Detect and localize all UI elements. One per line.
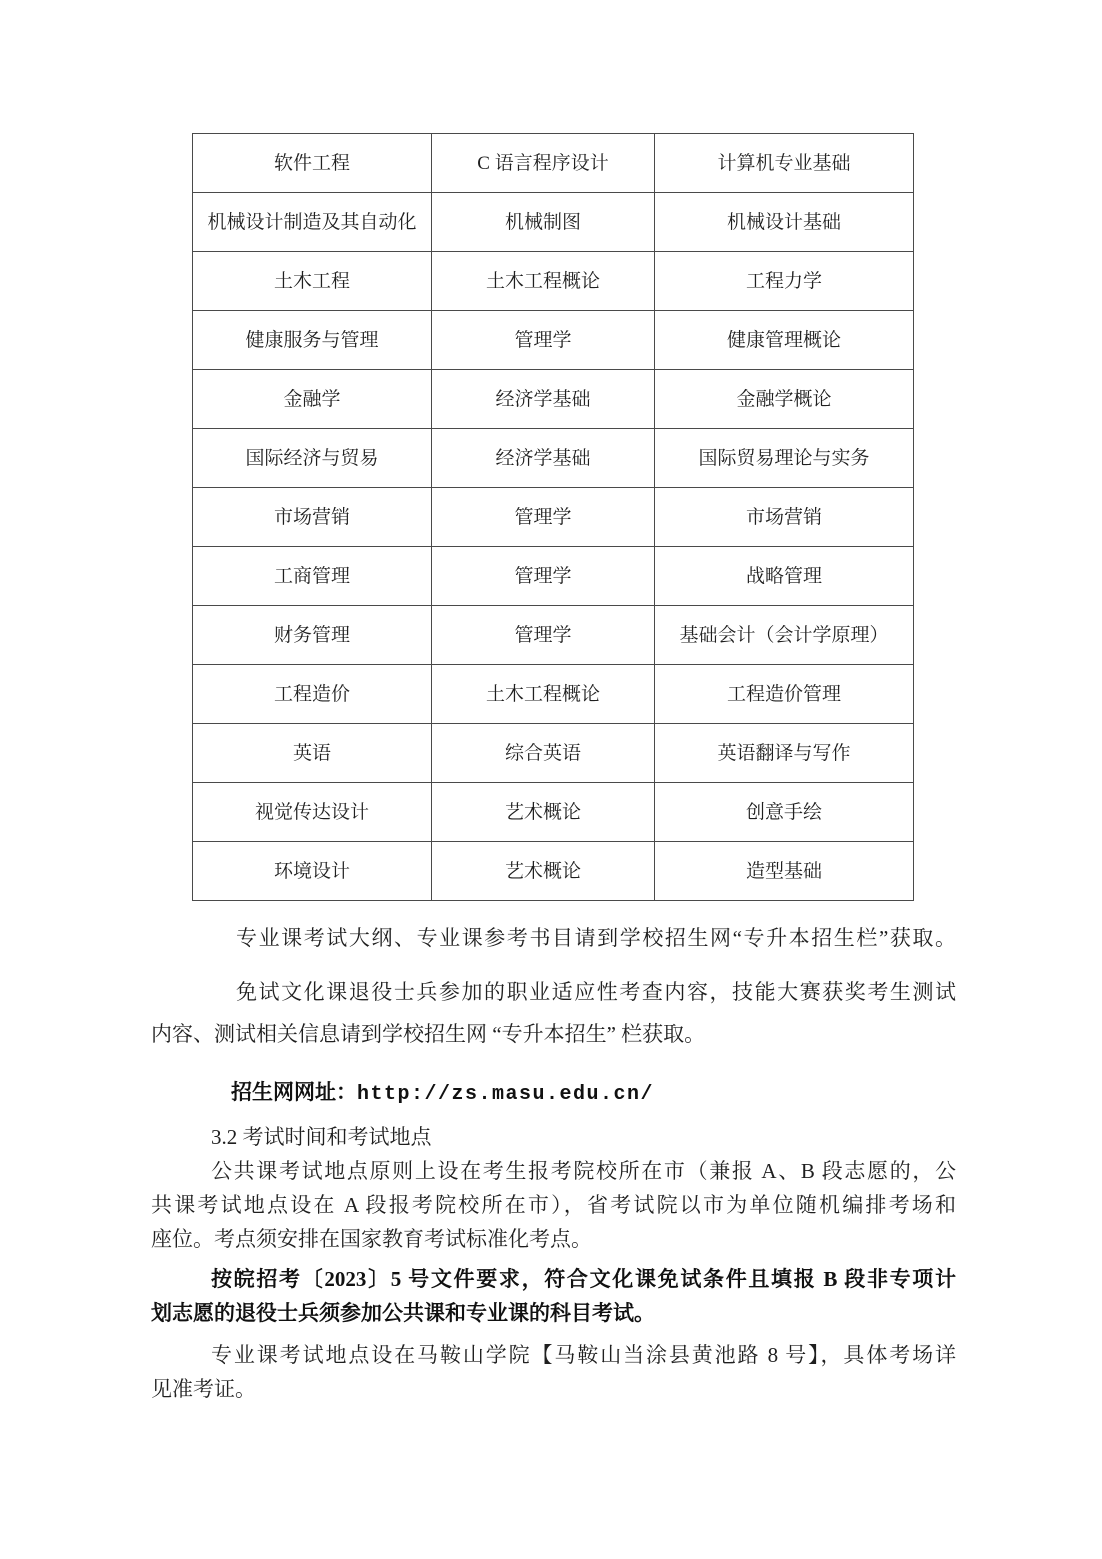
- table-cell-subject1: 综合英语: [432, 724, 655, 783]
- table-cell-major: 工程造价: [193, 665, 432, 724]
- table-cell-subject2: 英语翻译与写作: [655, 724, 914, 783]
- table-cell-subject1: 管理学: [432, 547, 655, 606]
- table-cell-subject1: 经济学基础: [432, 370, 655, 429]
- table-cell-subject2: 造型基础: [655, 842, 914, 901]
- text-line: 按皖招考〔2023〕5 号文件要求，符合文化课免试条件且填报 B 段非专项计: [151, 1262, 956, 1296]
- table-row: 机械设计制造及其自动化 机械制图 机械设计基础: [193, 193, 914, 252]
- text-line: 免试文化课退役士兵参加的职业适应性考查内容，技能大赛获奖考生测试: [151, 971, 956, 1013]
- table-cell-subject1: 土木工程概论: [432, 665, 655, 724]
- table-cell-subject1: 管理学: [432, 488, 655, 547]
- table-cell-subject2: 基础会计（会计学原理）: [655, 606, 914, 665]
- admission-site-label: 招生网网址：: [231, 1080, 357, 1104]
- subjects-table-body: 软件工程 C 语言程序设计 计算机专业基础 机械设计制造及其自动化 机械制图 机…: [193, 134, 914, 901]
- table-cell-major: 工商管理: [193, 547, 432, 606]
- text-line: 划志愿的退役士兵须参加公共课和专业课的科目考试。: [151, 1296, 956, 1330]
- admission-site-line: 招生网网址：http://zs.masu.edu.cn/: [151, 1071, 956, 1116]
- table-row: 健康服务与管理 管理学 健康管理概论: [193, 311, 914, 370]
- text-line: 座位。考点须安排在国家教育考试标准化考点。: [151, 1222, 956, 1256]
- document-page: 软件工程 C 语言程序设计 计算机专业基础 机械设计制造及其自动化 机械制图 机…: [0, 0, 1102, 1559]
- table-cell-major: 环境设计: [193, 842, 432, 901]
- paragraph-policy-requirement: 按皖招考〔2023〕5 号文件要求，符合文化课免试条件且填报 B 段非专项计 划…: [151, 1262, 956, 1330]
- table-cell-subject2: 市场营销: [655, 488, 914, 547]
- table-cell-subject2: 工程造价管理: [655, 665, 914, 724]
- table-cell-subject1: 经济学基础: [432, 429, 655, 488]
- table-cell-subject2: 工程力学: [655, 252, 914, 311]
- table-cell-subject2: 金融学概论: [655, 370, 914, 429]
- table-row: 环境设计 艺术概论 造型基础: [193, 842, 914, 901]
- table-cell-major: 金融学: [193, 370, 432, 429]
- text-line: 内容、测试相关信息请到学校招生网 “专升本招生” 栏获取。: [151, 1013, 956, 1055]
- table-cell-major: 土木工程: [193, 252, 432, 311]
- table-cell-subject1: 管理学: [432, 311, 655, 370]
- table-cell-subject2: 国际贸易理论与实务: [655, 429, 914, 488]
- table-row: 市场营销 管理学 市场营销: [193, 488, 914, 547]
- paragraph-syllabus: 专业课考试大纲、专业课参考书目请到学校招生网“专升本招生栏”获取。: [151, 917, 956, 959]
- section-heading-3-2: 3.2 考试时间和考试地点: [151, 1120, 956, 1154]
- paragraph-public-exam-location: 公共课考试地点原则上设在考生报考院校所在市（兼报 A、B 段志愿的，公 共课考试…: [151, 1154, 956, 1256]
- text-line: 见准考证。: [151, 1372, 956, 1406]
- table-cell-subject2: 机械设计基础: [655, 193, 914, 252]
- table-cell-major: 国际经济与贸易: [193, 429, 432, 488]
- table-row: 国际经济与贸易 经济学基础 国际贸易理论与实务: [193, 429, 914, 488]
- table-cell-major: 健康服务与管理: [193, 311, 432, 370]
- table-cell-major: 英语: [193, 724, 432, 783]
- table-row: 软件工程 C 语言程序设计 计算机专业基础: [193, 134, 914, 193]
- table-cell-subject1: 艺术概论: [432, 783, 655, 842]
- table-row: 工商管理 管理学 战略管理: [193, 547, 914, 606]
- paragraph-major-exam-location: 专业课考试地点设在马鞍山学院【马鞍山当涂县黄池路 8 号】，具体考场详 见准考证…: [151, 1338, 956, 1406]
- table-cell-subject1: 土木工程概论: [432, 252, 655, 311]
- text-line: 专业课考试地点设在马鞍山学院【马鞍山当涂县黄池路 8 号】，具体考场详: [151, 1338, 956, 1372]
- table-cell-subject1: 机械制图: [432, 193, 655, 252]
- table-cell-major: 机械设计制造及其自动化: [193, 193, 432, 252]
- text-line: 专业课考试大纲、专业课参考书目请到学校招生网“专升本招生栏”获取。: [151, 917, 956, 959]
- paragraph-exempt-soldiers: 免试文化课退役士兵参加的职业适应性考查内容，技能大赛获奖考生测试 内容、测试相关…: [151, 971, 956, 1055]
- table-cell-subject1: 艺术概论: [432, 842, 655, 901]
- text-line: 共课考试地点设在 A 段报考院校所在市），省考试院以市为单位随机编排考场和: [151, 1188, 956, 1222]
- table-cell-major: 财务管理: [193, 606, 432, 665]
- table-cell-major: 软件工程: [193, 134, 432, 193]
- table-cell-major: 视觉传达设计: [193, 783, 432, 842]
- table-row: 视觉传达设计 艺术概论 创意手绘: [193, 783, 914, 842]
- table-row: 英语 综合英语 英语翻译与写作: [193, 724, 914, 783]
- body-text: 专业课考试大纲、专业课参考书目请到学校招生网“专升本招生栏”获取。 免试文化课退…: [151, 917, 956, 1406]
- table-cell-subject2: 计算机专业基础: [655, 134, 914, 193]
- table-row: 财务管理 管理学 基础会计（会计学原理）: [193, 606, 914, 665]
- table-cell-subject1: 管理学: [432, 606, 655, 665]
- table-cell-subject2: 创意手绘: [655, 783, 914, 842]
- table-row: 土木工程 土木工程概论 工程力学: [193, 252, 914, 311]
- admission-site-url: http://zs.masu.edu.cn/: [357, 1083, 654, 1106]
- table-cell-subject2: 战略管理: [655, 547, 914, 606]
- table-cell-major: 市场营销: [193, 488, 432, 547]
- table-cell-subject1: C 语言程序设计: [432, 134, 655, 193]
- table-row: 金融学 经济学基础 金融学概论: [193, 370, 914, 429]
- subjects-table: 软件工程 C 语言程序设计 计算机专业基础 机械设计制造及其自动化 机械制图 机…: [192, 133, 914, 901]
- table-row: 工程造价 土木工程概论 工程造价管理: [193, 665, 914, 724]
- table-cell-subject2: 健康管理概论: [655, 311, 914, 370]
- text-line: 公共课考试地点原则上设在考生报考院校所在市（兼报 A、B 段志愿的，公: [151, 1154, 956, 1188]
